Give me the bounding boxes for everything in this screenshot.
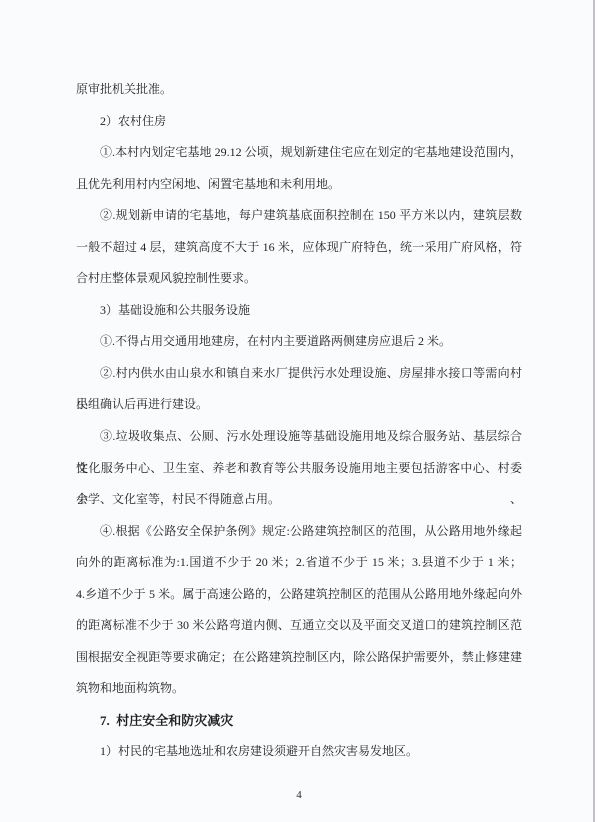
text-line: ②.村内供水由山泉水和镇自来水厂提供污水处理设施、房屋排水接口等需向村民 (76, 358, 522, 390)
document-page: 原审批机关批准。2）农村住房①.本村内划定宅基地 29.12 公顷，规划新建住宅… (0, 0, 593, 822)
page-number: 4 (0, 788, 598, 802)
text-line: 文化服务中心、卫生室、养老和教育等公共服务设施用地主要包括游客中心、村委会、 (76, 453, 522, 485)
text-line: 原审批机关批准。 (76, 74, 522, 106)
document-body: 原审批机关批准。2）农村住房①.本村内划定宅基地 29.12 公顷，规划新建住宅… (76, 74, 522, 768)
section-heading: 7. 村庄安全和防灾减灾 (76, 705, 522, 737)
text-line: 一般不超过 4 层，建筑高度不大于 16 米，应体现广府特色，统一采用广府风格，… (76, 232, 522, 264)
text-line: ①.不得占用交通用地建房，在村内主要道路两侧建房应退后 2 米。 (76, 326, 522, 358)
text-line: 筑物和地面构筑物。 (76, 673, 522, 705)
text-line: ③.垃圾收集点、公厕、污水处理设施等基础设施用地及综合服务站、基层综合性 (76, 421, 522, 453)
text-line: 且优先利用村内空闲地、闲置宅基地和未利用地。 (76, 169, 522, 201)
text-line: ①.本村内划定宅基地 29.12 公顷，规划新建住宅应在划定的宅基地建设范围内， (76, 137, 522, 169)
text-line: ④.根据《公路安全保护条例》规定:公路建筑控制区的范围，从公路用地外缘起 (76, 516, 522, 548)
text-line: 4.乡道不少于 5 米。属于高速公路的，公路建筑控制区的范围从公路用地外缘起向外 (76, 579, 522, 611)
text-line: 的距离标准不少于 30 米公路弯道内侧、互通立交以及平面交叉道口的建筑控制区范 (76, 610, 522, 642)
text-line: 1）村民的宅基地选址和农房建设须避开自然灾害易发地区。 (76, 736, 522, 768)
text-line: 合村庄整体景观风貌控制性要求。 (76, 263, 522, 295)
text-line: ②.规划新申请的宅基地，每户建筑基底面积控制在 150 平方米以内，建筑层数 (76, 200, 522, 232)
text-line: 向外的距离标准为:1.国道不少于 20 米；2.省道不少于 15 米；3.县道不… (76, 547, 522, 579)
text-line: 围根据安全视距等要求确定；在公路建筑控制区内，除公路保护需要外，禁止修建建 (76, 642, 522, 674)
text-line: 3）基础设施和公共服务设施 (76, 295, 522, 327)
text-line: 2）农村住房 (76, 106, 522, 138)
text-line: 小组确认后再进行建设。 (76, 389, 522, 421)
